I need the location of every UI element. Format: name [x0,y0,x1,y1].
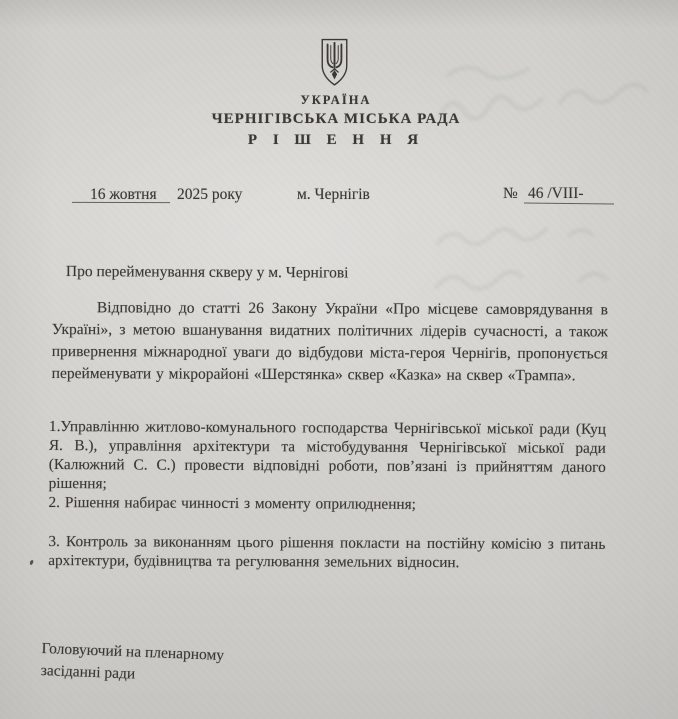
decision-place: м. Чернігів [297,186,370,204]
header-country: УКРАЇНА [0,93,672,108]
stray-ink-mark [29,560,33,566]
decision-number: 46 /VIII- [528,185,584,203]
subject-line: Про перейменування скверу у м. Чернігові [66,263,349,282]
date-underline [72,202,170,203]
signature-block: Головуючий на пленарному засіданні ради [40,638,224,689]
header-council-name: ЧЕРНІГІВСЬКА МІСЬКА РАДА [0,111,672,128]
resolution-items: 1.Управлінню житлово-комунального господ… [48,417,606,573]
ghost-handwriting-middle [430,215,650,310]
resolution-item-2: 2. Рішення набирає чинності з моменту оп… [49,493,606,515]
resolution-item-3: 3. Контроль за виконанням цього рішення … [48,532,605,573]
scanned-document-page: УКРАЇНА ЧЕРНІГІВСЬКА МІСЬКА РАДА Р І Ш Е… [0,0,678,719]
decision-year: 2025 року [177,186,242,204]
number-underline [524,203,614,205]
intro-paragraph: Відповідно до статті 26 Закону України «… [52,297,608,387]
ukraine-trident-emblem [316,38,353,87]
resolution-item-1: 1.Управлінню житлово-комунального господ… [49,417,606,496]
header-document-type: Р І Ш Е Н Н Я [0,132,672,149]
number-sign-label: № [503,185,518,203]
